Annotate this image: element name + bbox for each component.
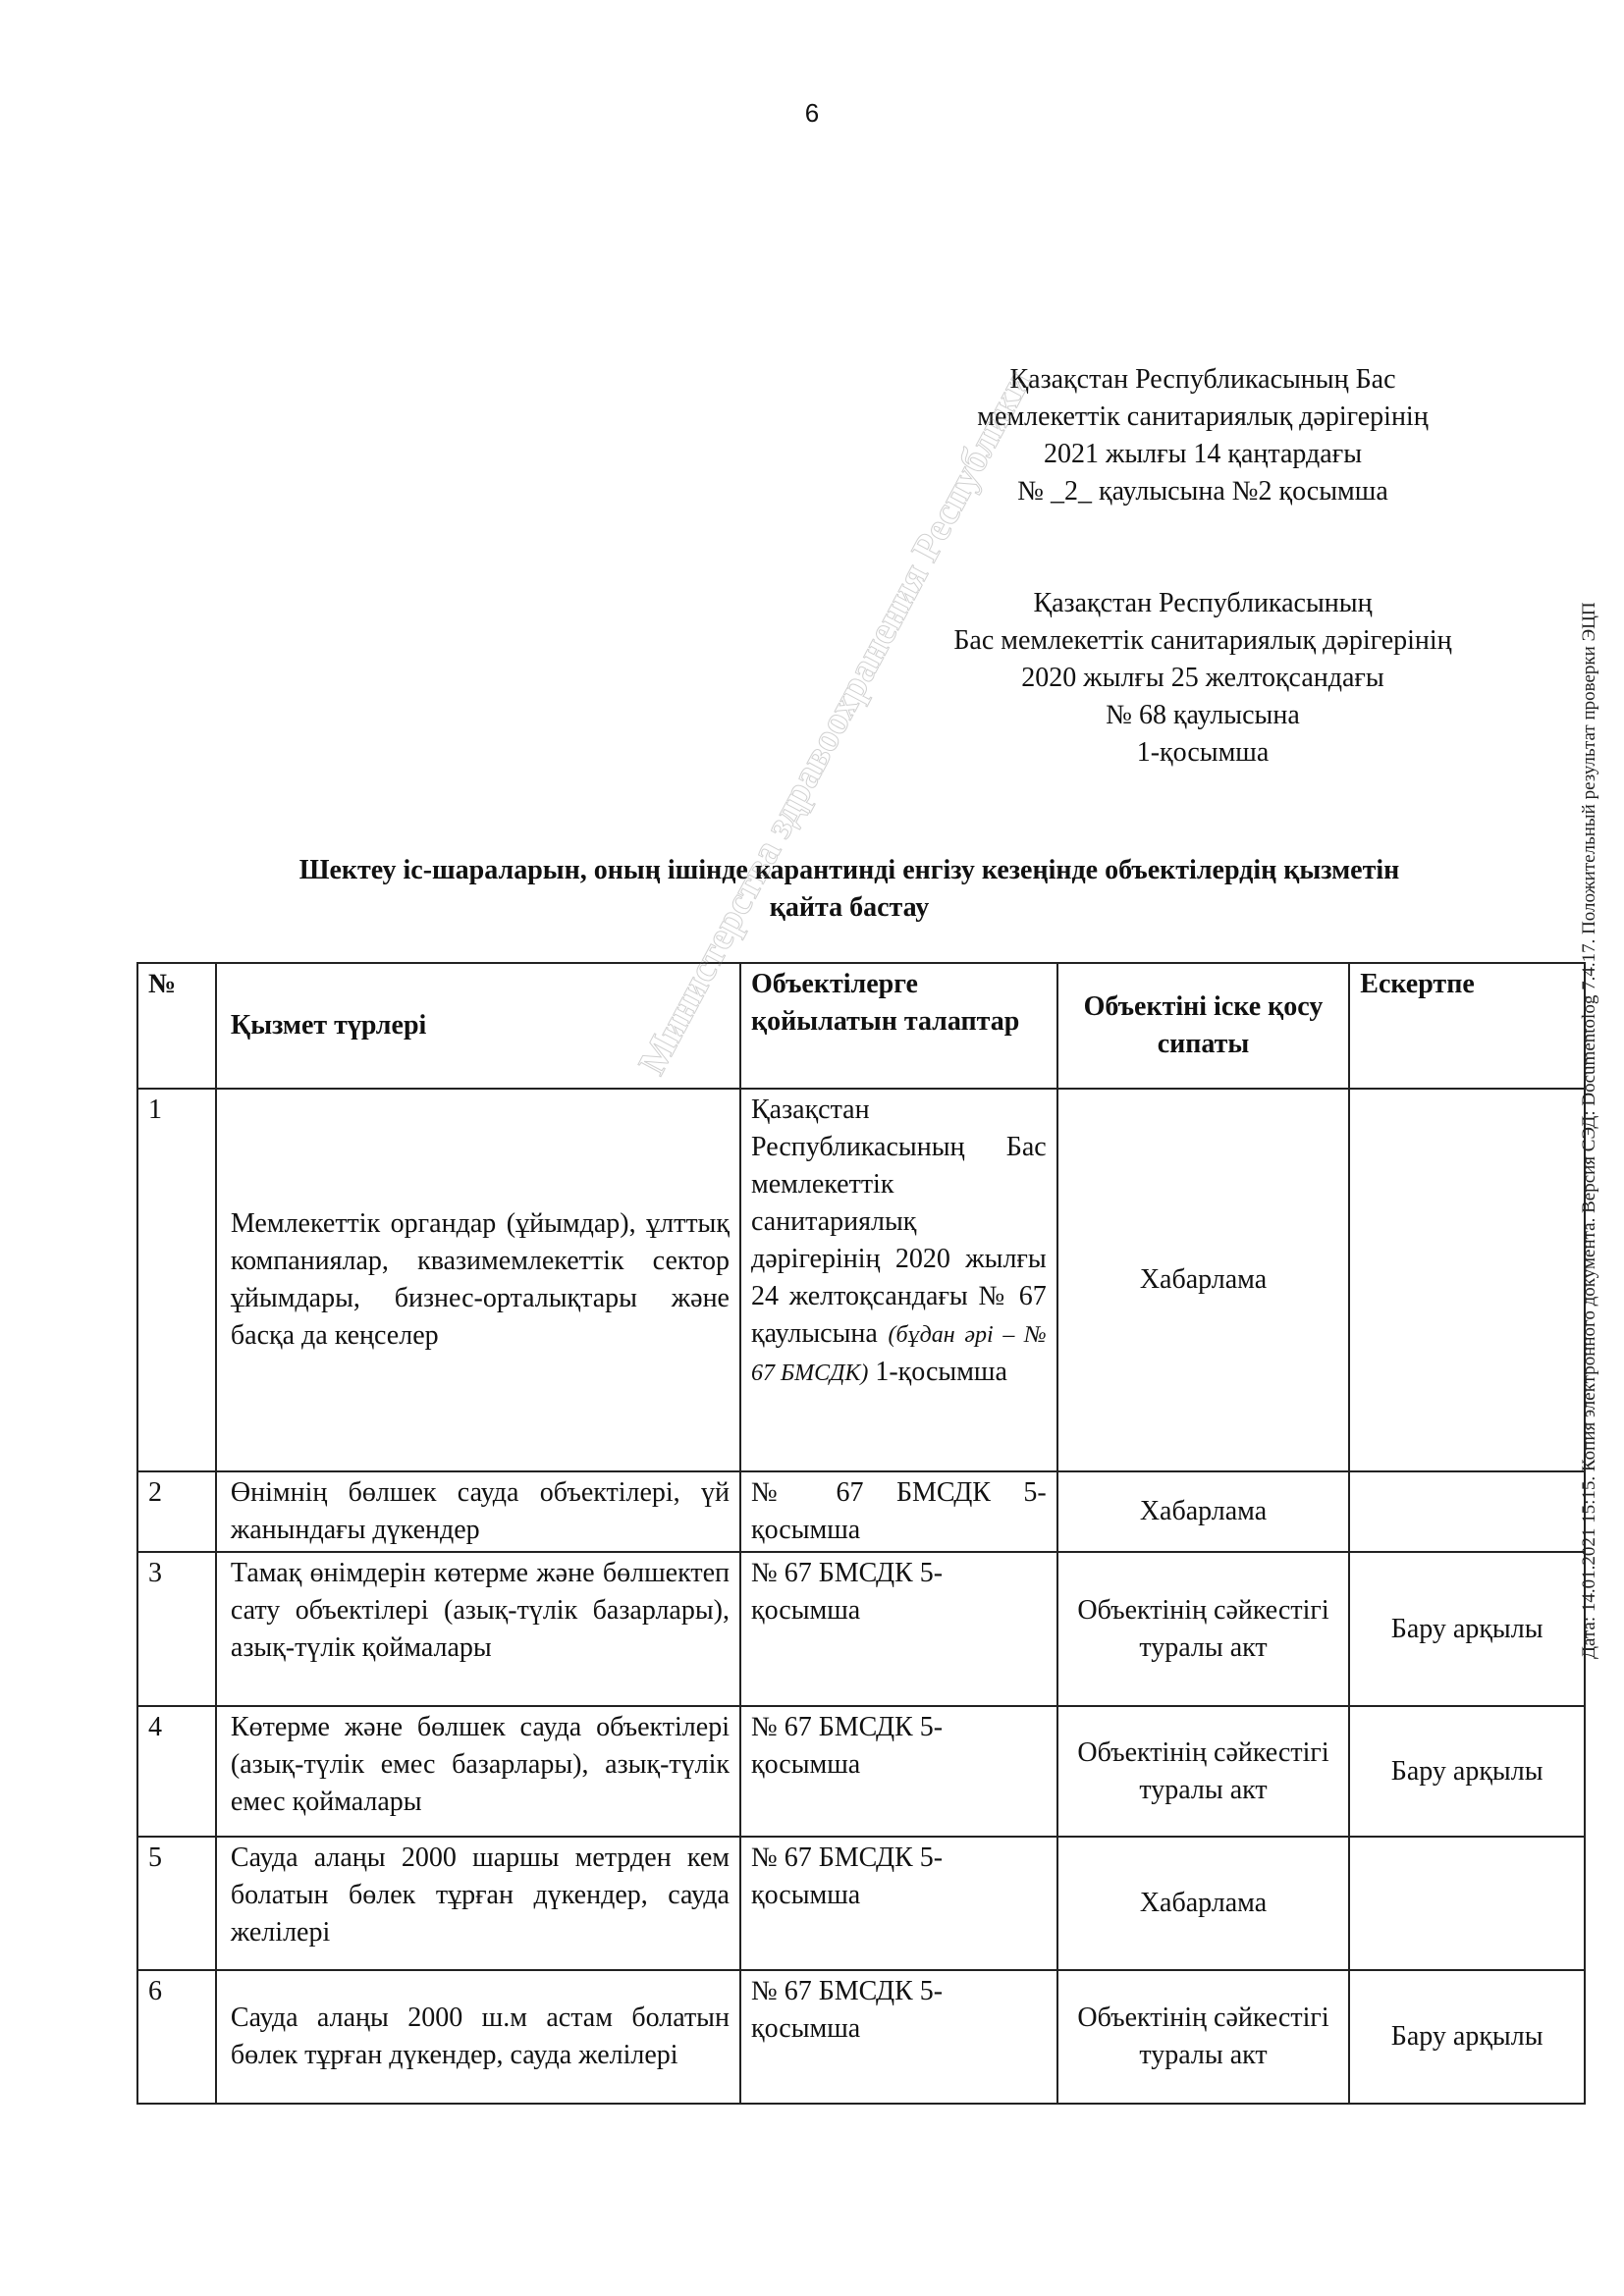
cell-mode: Объектінің сәйкестігі туралы акт xyxy=(1057,1970,1350,2104)
annex-original-reference: Қазақстан Республикасының Бас мемлекетті… xyxy=(884,585,1522,772)
annex-line: Бас мемлекеттік санитариялық дәрігерінің xyxy=(884,622,1522,660)
cell-mode: Хабарлама xyxy=(1057,1471,1350,1552)
cell-service: Көтерме және бөлшек сауда объектілері (а… xyxy=(216,1706,740,1837)
cell-service: Мемлекеттік органдар (ұйымдар), ұлттық к… xyxy=(216,1089,740,1471)
cell-service: Тамақ өнімдерін көтерме және бөлшектеп с… xyxy=(216,1552,740,1706)
cell-note: Бару арқылы xyxy=(1349,1552,1585,1706)
annex-current-reference: Қазақстан Республикасының Бас мемлекетті… xyxy=(884,361,1522,510)
header-note: Ескертпе xyxy=(1349,963,1585,1089)
title-line-1: Шектеу іс-шараларын, оның ішінде каранти… xyxy=(147,852,1551,889)
annex-line: 2021 жылғы 14 қаңтардағы xyxy=(884,436,1522,473)
cell-mode: Объектінің сәйкестігі туралы акт xyxy=(1057,1706,1350,1837)
activities-table: № Қызмет түрлері Объектілерге қойылатын … xyxy=(136,962,1586,2105)
annex-line: Қазақстан Республикасының xyxy=(884,585,1522,622)
cell-requirements: № 67 БМСДК 5-қосымша xyxy=(740,1706,1057,1837)
annex-line: 2020 жылғы 25 желтоқсандағы xyxy=(884,660,1522,697)
annex-line: № 68 қаулысына xyxy=(884,697,1522,734)
table-row: 6 Сауда алаңы 2000 ш.м астам болатын бөл… xyxy=(137,1970,1585,2104)
cell-requirements: Қазақстан Республикасының Бас мемлекетті… xyxy=(740,1089,1057,1471)
requirements-tail: 1-қосымша xyxy=(875,1357,1007,1387)
table-row: 1 Мемлекеттік органдар (ұйымдар), ұлттық… xyxy=(137,1089,1585,1471)
cell-mode: Объектінің сәйкестігі туралы акт xyxy=(1057,1552,1350,1706)
cell-requirements: № 67 БМСДК 5-қосымша xyxy=(740,1837,1057,1970)
cell-num: 3 xyxy=(137,1552,216,1706)
annex-line: 1-қосымша xyxy=(884,734,1522,772)
cell-mode: Хабарлама xyxy=(1057,1089,1350,1471)
page-number: 6 xyxy=(0,98,1624,129)
requirements-text: Қазақстан Республикасының Бас мемлекетті… xyxy=(751,1095,1047,1349)
cell-note xyxy=(1349,1471,1585,1552)
cell-service: Өнімнің бөлшек сауда объектілері, үй жан… xyxy=(216,1471,740,1552)
cell-service: Сауда алаңы 2000 шаршы метрден кем болат… xyxy=(216,1837,740,1970)
annex-line: Қазақстан Республикасының Бас xyxy=(884,361,1522,399)
table-row: 2 Өнімнің бөлшек сауда объектілері, үй ж… xyxy=(137,1471,1585,1552)
table-header-row: № Қызмет түрлері Объектілерге қойылатын … xyxy=(137,963,1585,1089)
cell-requirements: № 67 БМСДК 5-қосымша xyxy=(740,1970,1057,2104)
header-num: № xyxy=(137,963,216,1089)
header-requirements: Объектілерге қойылатын талаптар xyxy=(740,963,1057,1089)
table-row: 4 Көтерме және бөлшек сауда объектілері … xyxy=(137,1706,1585,1837)
cell-note: Бару арқылы xyxy=(1349,1970,1585,2104)
cell-note: Бару арқылы xyxy=(1349,1706,1585,1837)
cell-num: 1 xyxy=(137,1089,216,1471)
cell-requirements: № 67 БМСДК 5-қосымша xyxy=(740,1471,1057,1552)
cell-mode: Хабарлама xyxy=(1057,1837,1350,1970)
table-row: 3 Тамақ өнімдерін көтерме және бөлшектеп… xyxy=(137,1552,1585,1706)
cell-num: 6 xyxy=(137,1970,216,2104)
cell-num: 5 xyxy=(137,1837,216,1970)
table-row: 5 Сауда алаңы 2000 шаршы метрден кем бол… xyxy=(137,1837,1585,1970)
annex-line: № _2_ қаулысына №2 қосымша xyxy=(884,473,1522,510)
cell-note xyxy=(1349,1089,1585,1471)
header-service: Қызмет түрлері xyxy=(216,963,740,1089)
cell-num: 2 xyxy=(137,1471,216,1552)
document-title: Шектеу іс-шараларын, оның ішінде каранти… xyxy=(147,852,1551,927)
cell-num: 4 xyxy=(137,1706,216,1837)
title-line-2: қайта бастау xyxy=(147,889,1551,927)
cell-requirements: № 67 БМСДК 5-қосымша xyxy=(740,1552,1057,1706)
annex-line: мемлекеттік санитариялық дәрігерінің xyxy=(884,399,1522,436)
electronic-copy-stamp: Дата: 14.01.2021 15:15. Копия электронно… xyxy=(1579,589,1600,1659)
cell-note xyxy=(1349,1837,1585,1970)
header-mode: Объектіні іске қосу сипаты xyxy=(1057,963,1350,1089)
cell-service: Сауда алаңы 2000 ш.м астам болатын бөлек… xyxy=(216,1970,740,2104)
